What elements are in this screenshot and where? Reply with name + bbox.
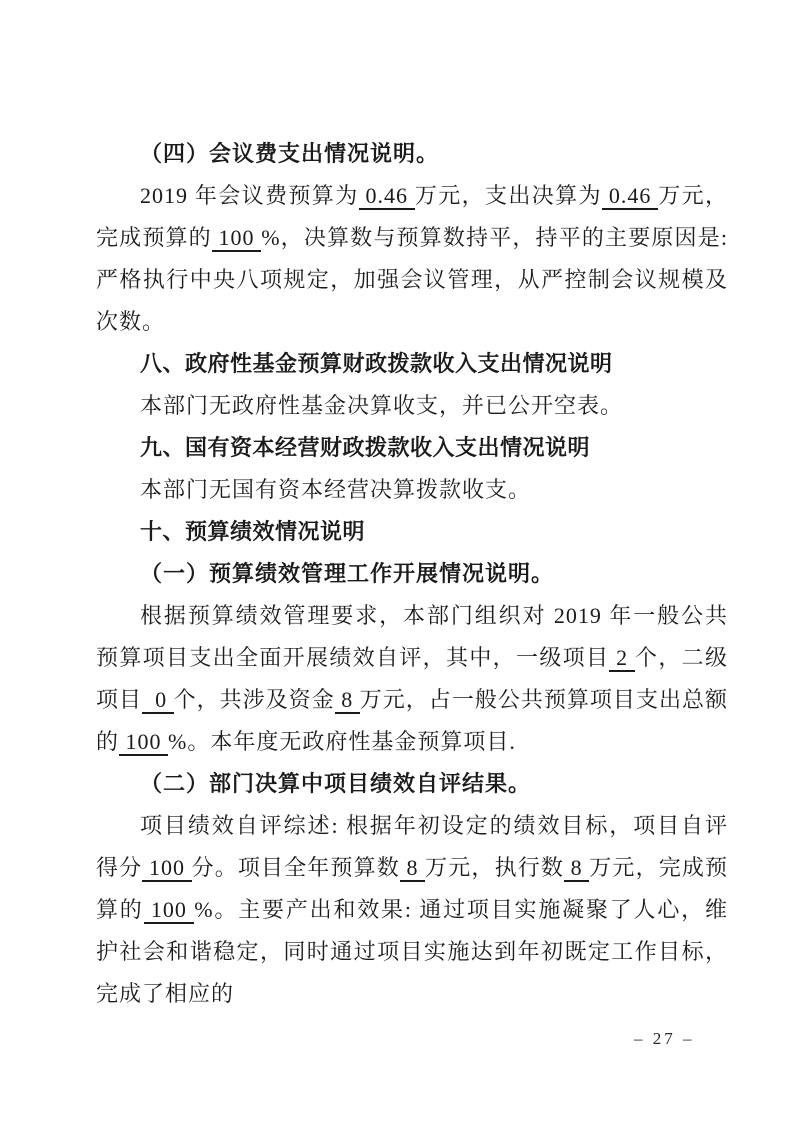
- text-run: 万元，支出决算为: [415, 183, 602, 208]
- underlined-value: 2: [609, 645, 635, 672]
- paragraph-section-8: 本部门无政府性基金决算收支，并已公开空表。: [96, 385, 728, 427]
- underlined-value: 8: [335, 687, 360, 714]
- underlined-value: 0: [142, 687, 174, 714]
- heading-section-10-budget-performance: 十、预算绩效情况说明: [96, 511, 728, 553]
- document-content: （四）会议费支出情况说明。 2019 年会议费预算为 0.46 万元，支出决算为…: [96, 133, 728, 1015]
- paragraph-performance-management: 根据预算绩效管理要求，本部门组织对 2019 年一般公共预算项目支出全面开展绩效…: [96, 595, 728, 763]
- heading-performance-management: （一）预算绩效管理工作开展情况说明。: [96, 553, 728, 595]
- page-number: – 27 –: [634, 1029, 695, 1049]
- heading-section-8-government-funds: 八、政府性基金预算财政拨款收入支出情况说明: [96, 343, 728, 385]
- text-run: 本部门无国有资本经营决算拨款收支。: [140, 477, 531, 502]
- text-run: 本部门无政府性基金决算收支，并已公开空表。: [140, 393, 623, 418]
- paragraph-meeting-expense: 2019 年会议费预算为 0.46 万元，支出决算为 0.46 万元，完成预算的…: [96, 175, 728, 343]
- text-run: 万元，执行数: [425, 855, 564, 880]
- heading-project-self-evaluation: （二）部门决算中项目绩效自评结果。: [96, 763, 728, 805]
- heading-meeting-expense-explanation: （四）会议费支出情况说明。: [96, 133, 728, 175]
- underlined-value: 0.46: [602, 183, 658, 210]
- paragraph-section-9: 本部门无国有资本经营决算拨款收支。: [96, 469, 728, 511]
- underlined-value: 8: [400, 855, 425, 882]
- underlined-value: 100: [119, 729, 168, 756]
- underlined-value: 100: [212, 225, 261, 252]
- document-page: （四）会议费支出情况说明。 2019 年会议费预算为 0.46 万元，支出决算为…: [0, 0, 793, 1122]
- text-run: 个，共涉及资金: [174, 687, 335, 712]
- text-run: 2019 年会议费预算为: [140, 183, 359, 208]
- paragraph-project-self-evaluation: 项目绩效自评综述: 根据年初设定的绩效目标，项目自评得分 100 分。项目全年预…: [96, 805, 728, 1015]
- underlined-value: 8: [564, 855, 589, 882]
- underlined-value: 100: [144, 897, 195, 924]
- text-run: 分。项目全年预算数: [192, 855, 400, 880]
- heading-section-9-state-capital: 九、国有资本经营财政拨款收入支出情况说明: [96, 427, 728, 469]
- underlined-value: 0.46: [359, 183, 415, 210]
- underlined-value: 100: [142, 855, 191, 882]
- text-run: %。本年度无政府性基金预算项目.: [168, 729, 516, 754]
